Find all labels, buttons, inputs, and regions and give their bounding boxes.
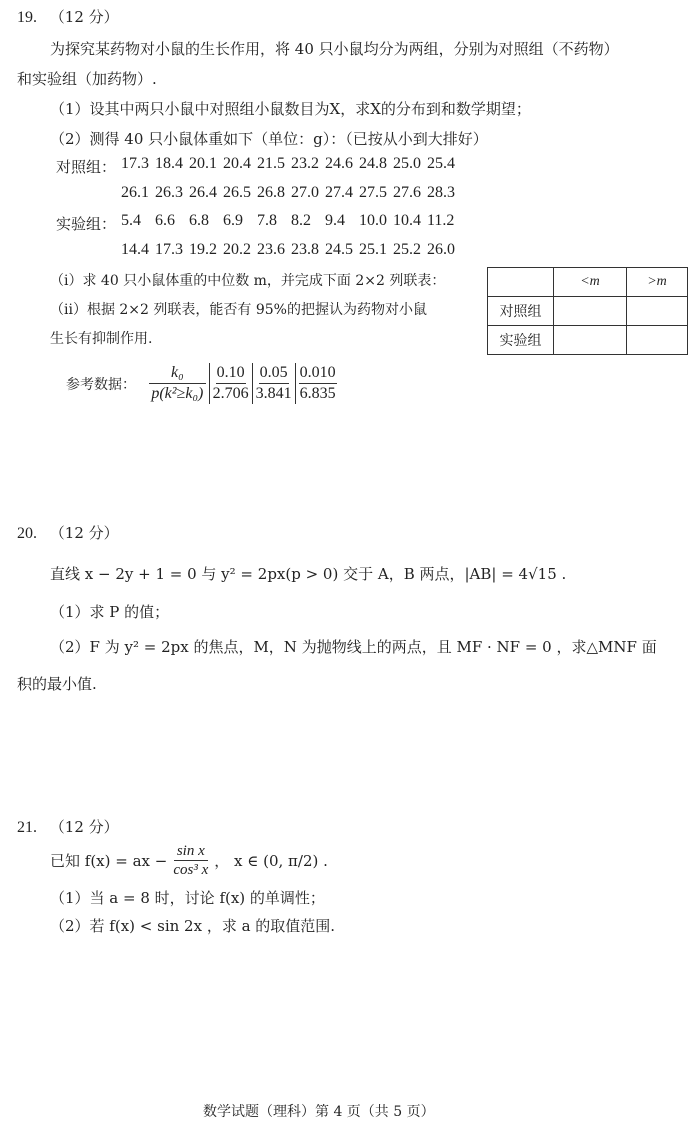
q20-part2-line2: 积的最小值. [17, 673, 97, 694]
value: 26.3 [155, 184, 189, 202]
table-row-label: 实验组 [488, 326, 554, 355]
reference-p: 0.10 [216, 363, 246, 384]
value: 24.6 [325, 155, 359, 173]
reference-data: 参考数据： k₀ p(k²≥k₀) 0.10 2.706 0.05 3.841 … [66, 363, 340, 404]
table-header-less-m: <m [554, 268, 627, 297]
q21-part2: （2）若 f(x) < sin 2x ，求 a 的取值范围. [50, 915, 335, 936]
value: 23.2 [291, 155, 325, 173]
value: 10.0 [359, 212, 393, 230]
value: 20.2 [223, 241, 257, 259]
reference-head-bottom: p(k²≥k₀) [151, 384, 203, 404]
value: 25.1 [359, 241, 393, 259]
value: 6.8 [189, 212, 223, 230]
q19-number: 19. [17, 9, 37, 26]
q20-part1: （1）求 P 的值； [50, 601, 169, 622]
fraction-numerator: sin x [174, 842, 208, 861]
value: 24.5 [325, 241, 359, 259]
value: 14.4 [121, 241, 155, 259]
value: 6.9 [223, 212, 257, 230]
value: 27.0 [291, 184, 325, 202]
value: 8.2 [291, 212, 325, 230]
table-cell [554, 326, 627, 355]
value: 7.8 [257, 212, 291, 230]
reference-p: 0.05 [259, 363, 289, 384]
q21-header: 21. （12 分） [17, 816, 119, 837]
value: 18.4 [155, 155, 189, 173]
q19-sub-ii-line2: 生长有抑制作用. [50, 328, 152, 348]
value: 23.8 [291, 241, 325, 259]
q21-number: 21. [17, 819, 37, 836]
q19-sub-ii-line1: （ii）根据 2×2 列联表，能否有 95%的把握认为药物对小鼠 [50, 299, 427, 319]
reference-k: 2.706 [213, 384, 249, 404]
reference-col: 0.10 2.706 [209, 363, 252, 404]
value: 26.8 [257, 184, 291, 202]
table-row: 实验组 [488, 326, 688, 355]
table-header-row: <m >m [488, 268, 688, 297]
q21-part1: （1）当 a = 8 时，讨论 f(x) 的单调性； [50, 887, 325, 908]
table-header-greater-m: >m [627, 268, 688, 297]
value: 17.3 [155, 241, 189, 259]
value: 27.5 [359, 184, 393, 202]
table-row-label: 对照组 [488, 297, 554, 326]
value: 26.0 [427, 241, 461, 259]
page-footer: 数学试题（理科）第 4 页（共 5 页） [203, 1101, 435, 1121]
value: 5.4 [121, 212, 155, 230]
value: 17.3 [121, 155, 155, 173]
value: 25.4 [427, 155, 461, 173]
reference-k: 6.835 [300, 384, 336, 404]
value: 11.2 [427, 212, 461, 230]
q20-header: 20. （12 分） [17, 522, 119, 543]
reference-col: 0.010 6.835 [295, 363, 340, 404]
control-row-1: 17.318.420.120.421.523.224.624.825.025.4 [121, 155, 461, 173]
table-cell [554, 297, 627, 326]
experiment-row-2: 14.417.319.220.223.623.824.525.125.226.0 [121, 241, 461, 259]
control-label: 对照组： [56, 156, 116, 177]
value: 20.1 [189, 155, 223, 173]
q19-intro-line2: 和实验组（加药物）. [17, 68, 157, 89]
reference-head-top: k₀ [149, 363, 206, 384]
q19-points: （12 分） [50, 8, 119, 26]
table-row: 对照组 [488, 297, 688, 326]
q19-part1: （1）设其中两只小鼠中对照组小鼠数目为X，求X的分布到和数学期望； [50, 98, 531, 119]
value: 10.4 [393, 212, 427, 230]
q19-intro-line1: 为探究某药物对小鼠的生长作用，将 40 只小鼠均分为两组，分别为对照组（不药物） [50, 38, 619, 59]
reference-k: 3.841 [256, 384, 292, 404]
value: 26.1 [121, 184, 155, 202]
table-cell [488, 268, 554, 297]
value: 21.5 [257, 155, 291, 173]
q20-points: （12 分） [50, 524, 119, 542]
value: 6.6 [155, 212, 189, 230]
q21-stem-suffix: ， x ∈ (0, π/2) . [214, 850, 328, 871]
q20-stem: 直线 x − 2y + 1 = 0 与 y² = 2px(p > 0) 交于 A… [50, 563, 566, 584]
value: 23.6 [257, 241, 291, 259]
q21-stem: 已知 f(x) = ax − sin x cos³ x ， x ∈ (0, π/… [50, 842, 328, 879]
q20-part2-line1: （2）F 为 y² = 2px 的焦点，M，N 为抛物线上的两点，且 MF · … [50, 636, 657, 657]
reference-p: 0.010 [299, 363, 337, 384]
q21-points: （12 分） [50, 818, 119, 836]
q19-part2: （2）测得 40 只小鼠体重如下（单位：g）：（已按从小到大排好） [50, 128, 488, 149]
table-cell [627, 326, 688, 355]
q21-fraction: sin x cos³ x [170, 842, 211, 879]
value: 26.4 [189, 184, 223, 202]
table-cell [627, 297, 688, 326]
experiment-row-1: 5.46.66.86.97.88.29.410.010.411.2 [121, 212, 461, 230]
value: 24.8 [359, 155, 393, 173]
q19-sub-i: （i）求 40 只小鼠体重的中位数 m，并完成下面 2×2 列联表： [50, 270, 445, 290]
value: 27.6 [393, 184, 427, 202]
experiment-label: 实验组： [56, 213, 116, 234]
fraction-denominator: cos³ x [170, 861, 211, 879]
value: 28.3 [427, 184, 461, 202]
reference-head: k₀ p(k²≥k₀) [146, 363, 209, 404]
value: 19.2 [189, 241, 223, 259]
value: 20.4 [223, 155, 257, 173]
value: 25.2 [393, 241, 427, 259]
value: 27.4 [325, 184, 359, 202]
value: 25.0 [393, 155, 427, 173]
value: 26.5 [223, 184, 257, 202]
reference-col: 0.05 3.841 [252, 363, 295, 404]
value: 9.4 [325, 212, 359, 230]
q21-stem-prefix: 已知 f(x) = ax − [50, 850, 167, 871]
q19-header: 19. （12 分） [17, 6, 119, 27]
reference-label: 参考数据： [66, 374, 136, 394]
q20-number: 20. [17, 525, 37, 542]
control-row-2: 26.126.326.426.526.827.027.427.527.628.3 [121, 184, 461, 202]
contingency-table: <m >m 对照组 实验组 [487, 267, 688, 355]
